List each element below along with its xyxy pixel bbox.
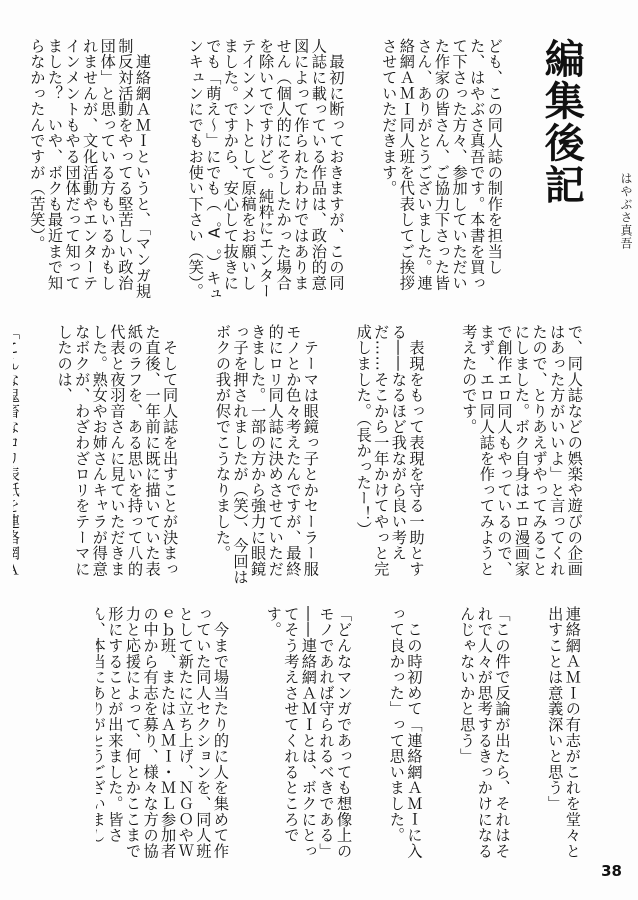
paragraph: テーマは眼鏡っ子とかセーラー服モノとか色々考えたんですが、最終的にロリ同人誌に決…: [213, 324, 319, 586]
paragraph: 表現をもって表現を守る一助とする――なるほど我ながら良い考えだ……そこから一年か…: [354, 324, 424, 586]
paragraph: 「この件で反論が出たら、それはそれで人々が思考するきっかけになるんじゃないかと思…: [458, 606, 511, 868]
paragraph: 「こんな鬼畜なロリ表紙を連絡網ＡＭＩという団体は守る気概があるのだろうか」: [13, 324, 20, 586]
paragraph: 連絡網ＡＭＩの有志がこれを堂々と出すことは意義深いと思う」: [546, 606, 581, 868]
page-number: 38: [601, 862, 622, 880]
paragraph: 最初に断っておきますが、この同人誌に載っている作品は、政治的意図によって作られた…: [186, 38, 344, 306]
author-name: はやぶさ真吾: [620, 172, 632, 250]
paragraph: そして同人誌を出すことが決まった直後、一年前に既に描いていた表紙のラフを、ある思…: [55, 324, 178, 586]
text-block-bottom: 連絡網ＡＭＩの有志がこれを堂々と出すことは意義深いと思う」 「この件で反論が出た…: [96, 606, 616, 868]
paragraph: で、同人誌などの娯楽や遊びの企画はあった方がいいよ」と言ってくれたので、とりあえ…: [460, 324, 583, 586]
paragraph: 今まで場当たり的に人を集めて作っていた同人セクションを、同人班として新たに立ち上…: [96, 606, 229, 868]
document-page: 編集後記 はやぶさ真吾 ども、この同人誌の制作を担当した、はやぶさ真吾です。本書…: [0, 0, 638, 900]
paragraph: 「どんなマンガであっても想像上のモノであれば守られるべきである」――連絡網ＡＭＩ…: [264, 606, 352, 868]
text-block-top: ども、この同人誌の制作を担当した、はやぶさ真吾です。本書を買って下さった方々、参…: [28, 38, 538, 306]
text-block-middle: で、同人誌などの娯楽や遊びの企画はあった方がいいよ」と言ってくれたので、とりあえ…: [13, 324, 618, 586]
paragraph: 連絡網ＡＭＩというと、「マンガ規制反対活動をやってる堅苦しい政治団体」と思ってい…: [28, 38, 151, 306]
paragraph: ども、この同人誌の制作を担当した、はやぶさ真吾です。本書を買って下さった方々、参…: [380, 38, 503, 306]
page-title: 編集後記: [541, 38, 581, 206]
paragraph: この時初めて「連絡網ＡＭＩに入って良かった」って思いました。: [387, 606, 422, 868]
